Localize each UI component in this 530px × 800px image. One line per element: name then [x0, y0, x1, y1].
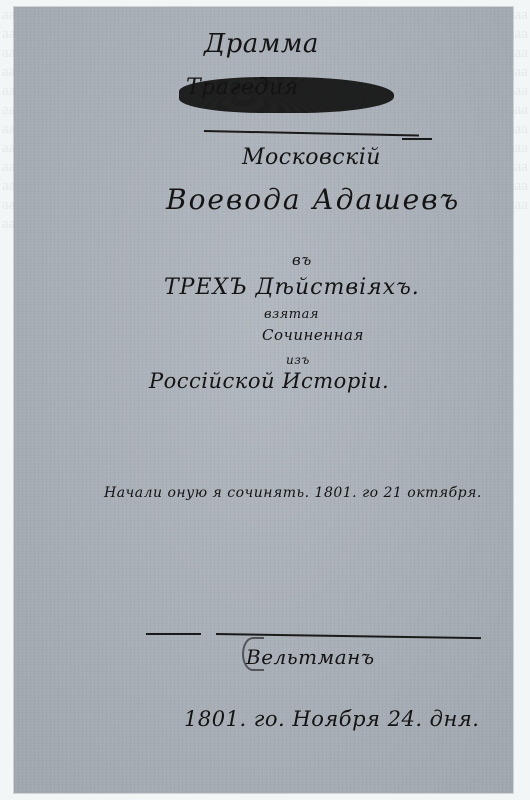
- subtitle-moscow: Московскій: [242, 145, 381, 170]
- taken-line: взятая: [264, 307, 319, 322]
- signature-rule-short: [146, 633, 201, 635]
- drama-title: Воевода Адашевъ: [166, 183, 460, 216]
- genre-heading: Драмма: [204, 29, 319, 59]
- start-date-note: Начали оную я сочинять. 1801. го 21 октя…: [104, 485, 482, 501]
- composed-line: Сочиненная: [262, 326, 364, 344]
- acts-line: ТРЕХЪ Дѣйствіяхъ.: [164, 275, 420, 300]
- source-history-line: Россійской Исторіи.: [149, 369, 389, 393]
- divider-rule: [204, 130, 419, 137]
- ink-scribble-strikeout: [179, 77, 394, 113]
- divider-rule-tail: [402, 138, 432, 140]
- preposition-in: въ: [292, 251, 312, 269]
- manuscript-sheet: Драмма Трагедия Московскій Воевода Адаше…: [14, 7, 513, 793]
- preposition-from: изъ: [286, 353, 310, 367]
- completion-date: 1801. го. Ноября 24. дня.: [184, 707, 479, 731]
- author-signature: Вельтманъ: [246, 645, 375, 669]
